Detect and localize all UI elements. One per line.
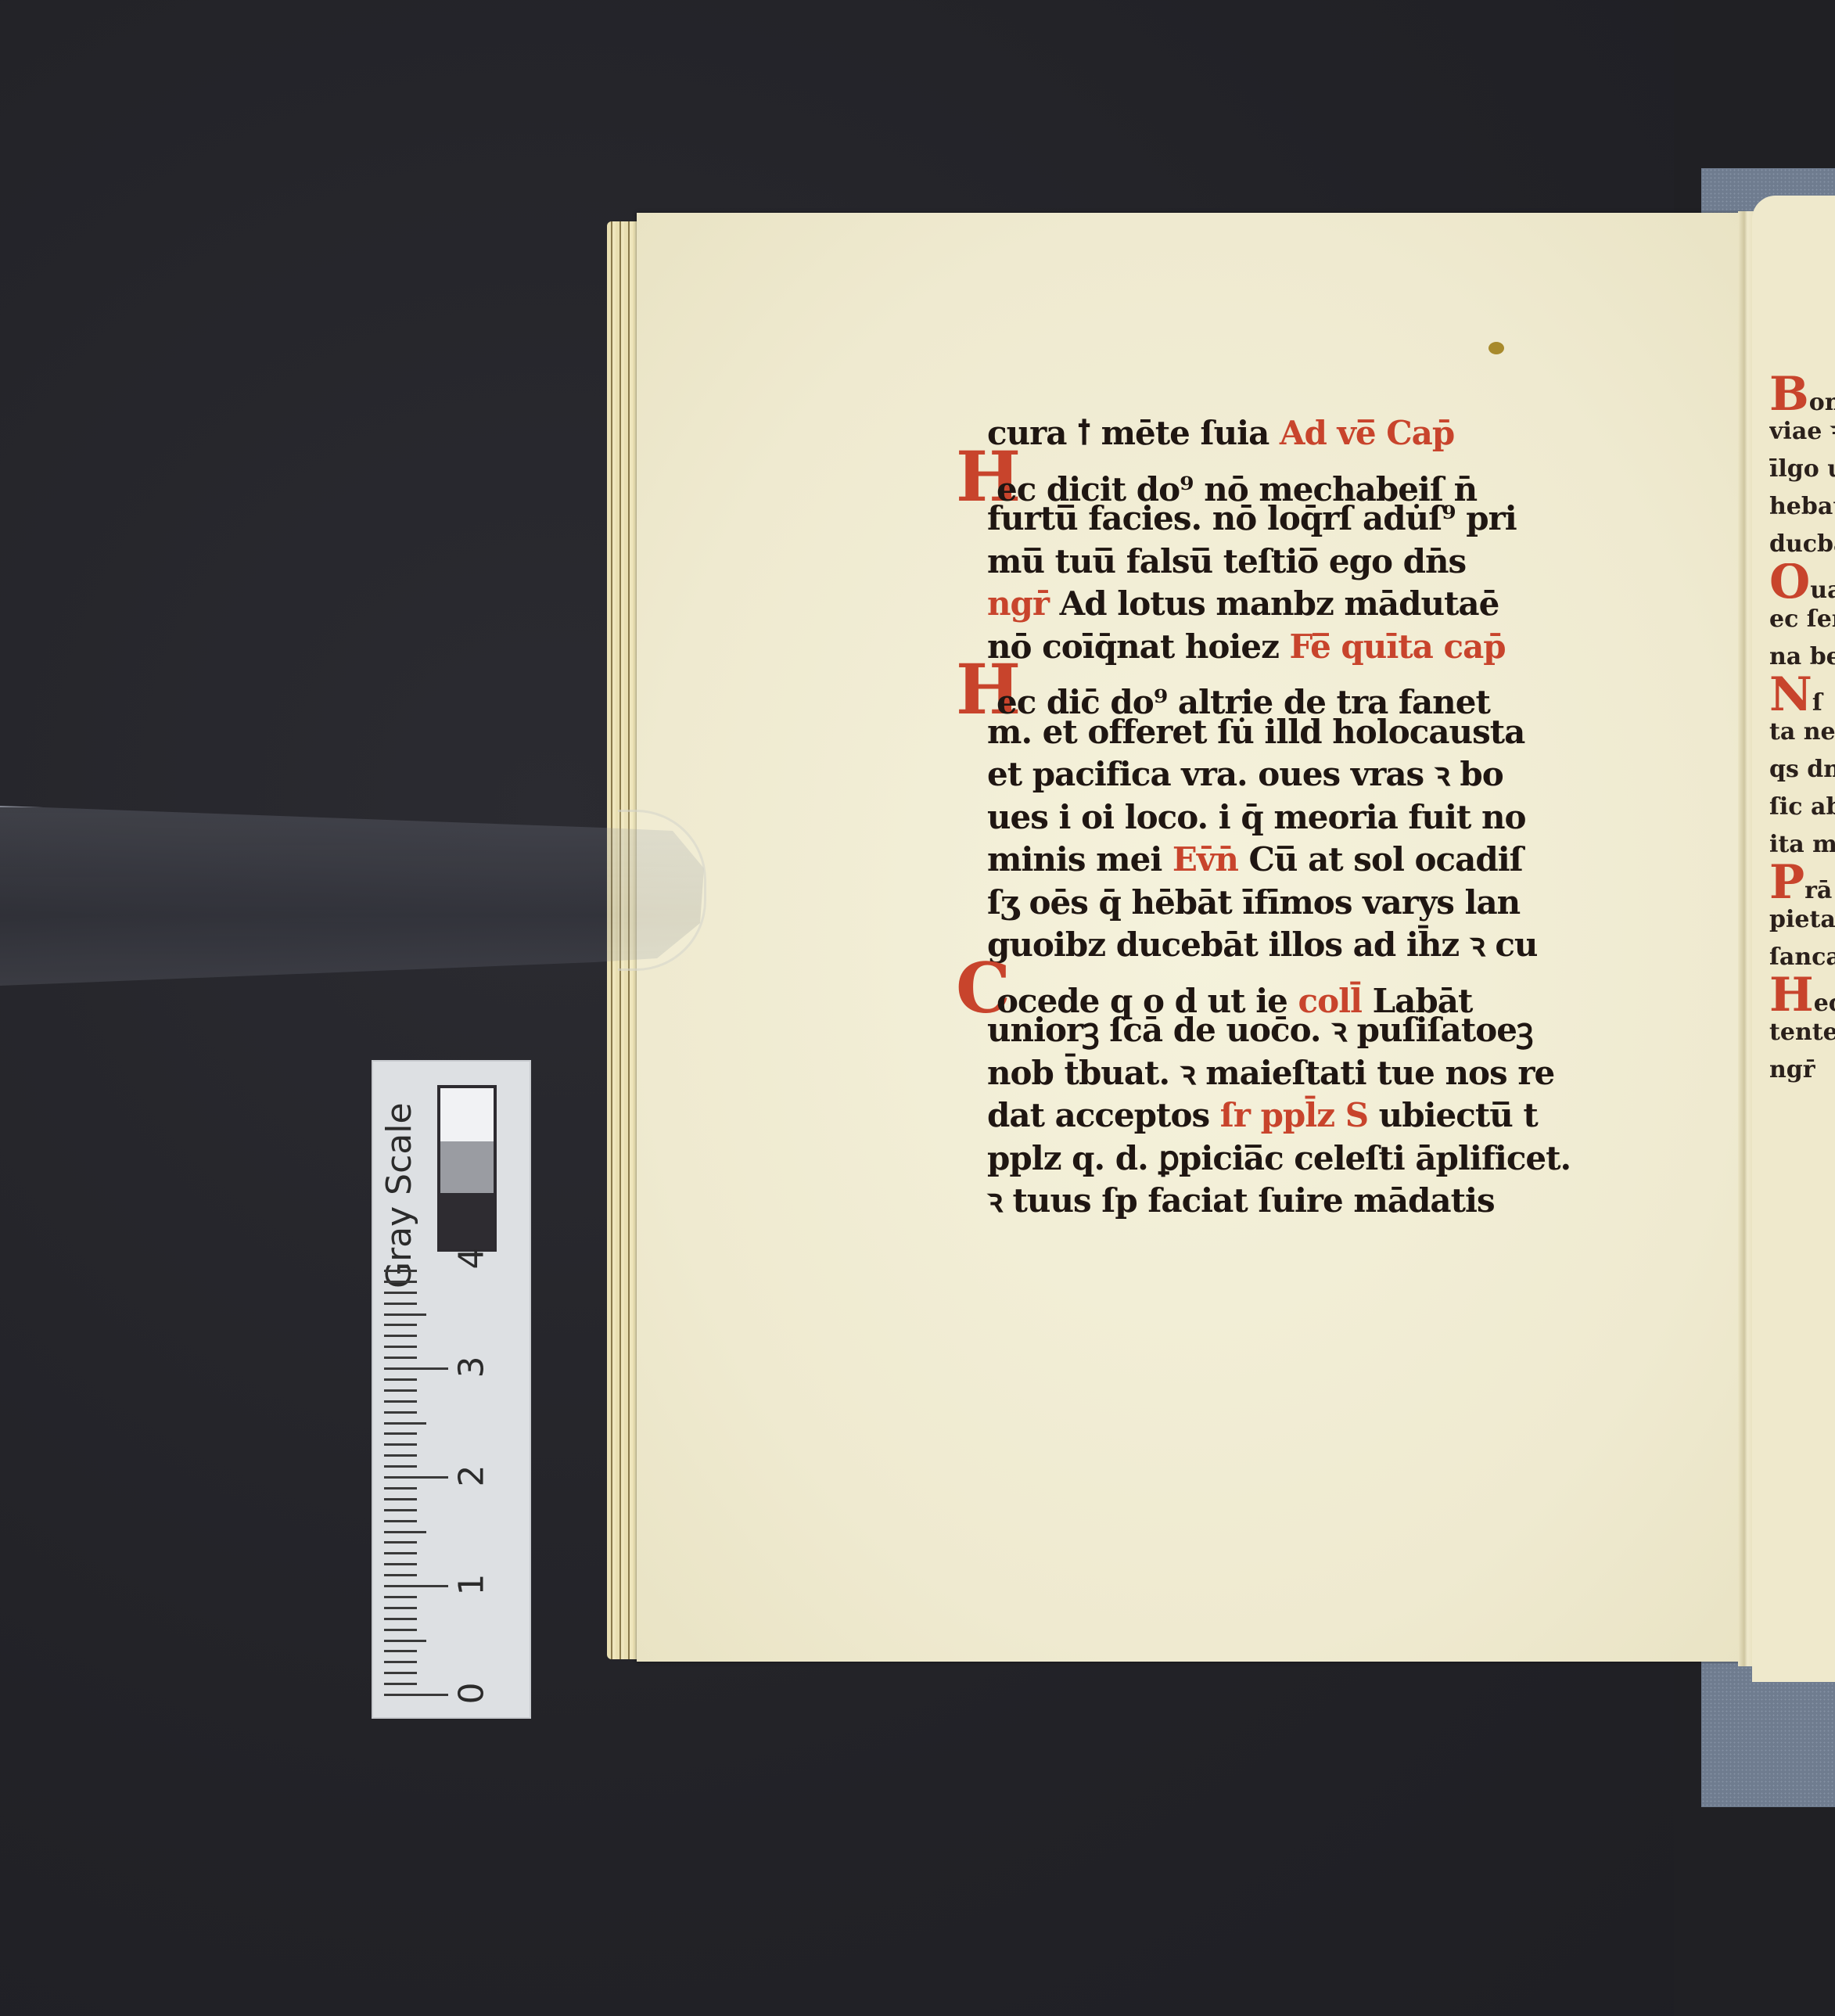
line-text: viae ꝛ ſ	[1769, 418, 1835, 445]
facing-page-line: pieta	[1769, 901, 1835, 939]
line-text: guoibz ducebāt illos ad ih̄z ꝛ cu	[987, 925, 1537, 964]
facing-page-line: hebat ī	[1769, 488, 1835, 526]
facing-page-line: īlgo uſ	[1769, 451, 1835, 488]
manuscript-line: Hec dic̄ do⁹ altrie de tra fanet	[987, 668, 1589, 711]
line-text: ſanca	[1769, 943, 1835, 971]
ruler-tick	[384, 1596, 417, 1598]
line-text: ꝛ tuus ſp faciat ſuire mādatis	[987, 1181, 1495, 1220]
ruler-tick	[384, 1574, 417, 1576]
ink-stain	[1488, 342, 1504, 354]
rubric-text: Ad ve̅ Cap̄	[1269, 414, 1454, 452]
manuscript-line: guoibz ducebāt illos ad ih̄z ꝛ cu	[987, 924, 1589, 967]
main-text-block: cura ꝉ mēte ſuia Ad ve̅ Cap̄Hec dicit do…	[987, 412, 1589, 1223]
ruler-tick	[384, 1672, 417, 1674]
ruler-tick	[384, 1487, 417, 1490]
line-text: nob t̄buat. ꝛ maieſtati tue nos re	[987, 1054, 1554, 1092]
facing-page-text: Bonuviae ꝛ ſīlgo uſhebat īducbāOuaec ſem…	[1769, 376, 1835, 1089]
line-text: mu̅ tuu̅ falsu̅ teſtio̅ ego dn̄s	[987, 542, 1466, 580]
ruler-tick	[384, 1367, 448, 1370]
line-text: uniorꝫ ſcā de uoc̄o. ꝛ puſiſatoeꝫ	[987, 1011, 1532, 1049]
line-text: et pacifica vra. oues vras ꝛ bo	[987, 755, 1503, 793]
ruler-tick	[384, 1465, 417, 1468]
gray-scale-label: Gray Scale	[379, 1132, 442, 1288]
manuscript-line: nob t̄buat. ꝛ maieſtati tue nos re	[987, 1052, 1589, 1095]
manuscript-line: Hec dicit do⁹ nō mechabeiſ n̄	[987, 455, 1589, 498]
facing-page-line: qs dne	[1769, 751, 1835, 789]
swatch-mid-gray	[440, 1141, 494, 1193]
ruler-number: 3	[452, 1357, 492, 1378]
rubricated-initial: H	[956, 455, 997, 498]
rubricated-initial: S	[1334, 1096, 1368, 1134]
clear-page-holder-strip	[0, 806, 704, 987]
ruler-tick	[384, 1476, 448, 1479]
ruler-tick	[384, 1335, 417, 1337]
facing-page-line: ita m	[1769, 826, 1835, 864]
manuscript-line: mu̅ tuu̅ falsu̅ teſtio̅ ego dn̄s	[987, 541, 1589, 584]
facing-page-line: Nſ	[1769, 676, 1835, 713]
line-text: pplz q. d. ꝑpicia̅c celeſti āplificet.	[987, 1139, 1571, 1177]
facing-page-line: Prā	[1769, 864, 1835, 901]
manuscript-line: furtu̅ facies. nō loq̄rſ adu̇ſ⁹ pri	[987, 498, 1589, 541]
line-text: pieta	[1769, 906, 1835, 933]
rubricated-initial: H	[1769, 976, 1814, 1014]
manuscript-line: pplz q. d. ꝑpicia̅c celeſti āplificet.	[987, 1137, 1589, 1180]
line-text: nō coīq̄nat hoiez	[987, 627, 1279, 666]
rubric-text: ngr̄	[987, 584, 1060, 623]
rubric-text: ſr ppl̄z	[1209, 1096, 1334, 1134]
ruler-tick	[384, 1270, 417, 1272]
line-text: tentes	[1769, 1019, 1835, 1046]
line-text: ducbā	[1769, 530, 1835, 558]
ruler-tick	[384, 1520, 417, 1522]
manuscript-line: cura ꝉ mēte ſuia Ad ve̅ Cap̄	[987, 412, 1589, 455]
rubricated-initial: C	[956, 967, 997, 1009]
line-text: ita m	[1769, 831, 1835, 858]
line-text: hebat ī	[1769, 493, 1835, 520]
ruler-tick	[384, 1585, 448, 1587]
ruler-tick	[384, 1607, 417, 1609]
ruler-tick	[384, 1552, 417, 1554]
swatch-white	[440, 1088, 494, 1141]
ruler-tick	[384, 1541, 417, 1543]
line-text: ua	[1810, 577, 1835, 601]
line-text: onu	[1809, 389, 1835, 413]
swatch-dark	[440, 1193, 494, 1249]
gray-scale-card: Gray Scale 01234	[372, 1060, 531, 1719]
ruler-tick	[384, 1303, 417, 1305]
facing-page-line: na beo	[1769, 638, 1835, 676]
ruler-tick	[384, 1683, 417, 1685]
line-text: ec ſem	[1769, 606, 1835, 633]
manuscript-line: dat acceptos ſr ppl̄z S ubiectu̅ t	[987, 1094, 1589, 1137]
ruler-tick	[384, 1346, 417, 1348]
manuscript-line: ſʒ oēs q̄ hēbāt īfīmos varys lan	[987, 882, 1589, 925]
rubric-text: Fe̅ quīta cap̄	[1279, 627, 1506, 666]
line-text: m. et offeret ſu̇ illd holocausta	[987, 713, 1524, 751]
line-text: ues i oi loco. i q̄ meoria fuit no	[987, 798, 1526, 836]
manuscript-line: nō coīq̄nat hoiez Fe̅ quīta cap̄	[987, 626, 1589, 669]
ruler-number: 2	[452, 1465, 492, 1487]
ruler-number: 4	[452, 1248, 492, 1270]
facing-page-line: Hec	[1769, 976, 1835, 1014]
rubricated-initial: P	[1769, 864, 1804, 901]
facing-page-line: ducbā	[1769, 526, 1835, 563]
ruler-tick	[384, 1313, 426, 1316]
ruler-tick	[384, 1357, 417, 1359]
facing-page-line: tentes	[1769, 1014, 1835, 1051]
line-text: ſʒ oēs q̄ hēbāt īfīmos varys lan	[987, 883, 1520, 922]
ruler-number: 1	[452, 1574, 492, 1596]
facing-page-line: Bonu	[1769, 376, 1835, 413]
ruler-tick	[384, 1324, 417, 1326]
line-text: ſic abs	[1769, 793, 1835, 821]
line-text: ec	[1814, 990, 1835, 1014]
ruler-tick	[384, 1389, 417, 1392]
manuscript-line: ngr̄ Ad lotus manbz mādutaē	[987, 583, 1589, 626]
line-text: dat acceptos	[987, 1096, 1209, 1134]
manuscript-line: uniorꝫ ſcā de uoc̄o. ꝛ puſiſatoeꝫ	[987, 1009, 1589, 1052]
manuscript-line: ues i oi loco. i q̄ meoria fuit no	[987, 796, 1589, 839]
line-text: rā	[1804, 877, 1832, 901]
ruler-tick	[384, 1629, 417, 1631]
ruler-tick	[384, 1661, 417, 1663]
gray-swatches	[437, 1085, 497, 1252]
ruler-tick	[384, 1400, 417, 1403]
facing-page-line: ec ſem	[1769, 601, 1835, 638]
manuscript-line: ꝛ tuus ſp faciat ſuire mādatis	[987, 1180, 1589, 1223]
ruler-tick	[384, 1281, 417, 1283]
ruler-tick	[384, 1650, 417, 1652]
line-text: īlgo uſ	[1769, 455, 1835, 483]
facing-page-line: ngr̄	[1769, 1051, 1835, 1089]
line-text: ſ	[1812, 689, 1822, 713]
ruler-tick	[384, 1422, 426, 1425]
facing-page-line: Oua	[1769, 563, 1835, 601]
ruler-number: 0	[452, 1683, 492, 1705]
manuscript-line: minis mei Ev̄n̄ Cu̅ at sol ocadiſ	[987, 839, 1589, 882]
facing-page-line: ta ne	[1769, 713, 1835, 751]
line-text: Cu̅ at sol ocadiſ	[1238, 840, 1523, 879]
manuscript-line: Cocede q o d ut ie coll̄ Labāt	[987, 967, 1589, 1010]
line-text: qs dne	[1769, 756, 1835, 783]
ruler-tick	[384, 1454, 417, 1457]
manuscript-line: et pacifica vra. oues vras ꝛ bo	[987, 753, 1589, 796]
facing-page-line: ſanca	[1769, 939, 1835, 976]
manuscript-line: m. et offeret ſu̇ illd holocausta	[987, 711, 1589, 754]
line-text: ngr̄	[1769, 1056, 1815, 1083]
ruler-tick	[384, 1618, 417, 1620]
ruler-tick	[384, 1443, 417, 1446]
line-text: minis mei	[987, 840, 1162, 879]
line-text: furtu̅ facies. nō loq̄rſ adu̇ſ⁹ pri	[987, 499, 1517, 537]
facing-page-line: viae ꝛ ſ	[1769, 413, 1835, 451]
line-text: na beo	[1769, 643, 1835, 670]
ruler-tick	[384, 1432, 417, 1435]
line-text: ubiectu̅ t	[1368, 1096, 1538, 1134]
rubricated-initial: N	[1769, 676, 1812, 713]
book-gutter	[1738, 211, 1754, 1666]
rubricated-initial: H	[956, 668, 997, 710]
line-text: Ad lotus manbz mādutaē	[1060, 584, 1499, 623]
rubricated-initial: B	[1769, 376, 1809, 413]
ruler-tick	[384, 1378, 417, 1381]
ruler-tick	[384, 1498, 417, 1500]
line-text: cura ꝉ mēte ſuia	[987, 414, 1269, 452]
facing-page-line: ſic abs	[1769, 789, 1835, 826]
ruler-tick	[384, 1509, 417, 1511]
ruler-tick	[384, 1292, 417, 1294]
ruler-tick	[384, 1411, 417, 1414]
line-text: ta ne	[1769, 718, 1835, 746]
ruler-tick	[384, 1563, 417, 1565]
rubric-text: Ev̄n̄	[1162, 840, 1238, 879]
rubricated-initial: O	[1769, 563, 1810, 601]
ruler-tick	[384, 1640, 426, 1642]
ruler-tick	[384, 1531, 426, 1533]
ruler-tick	[384, 1694, 448, 1696]
